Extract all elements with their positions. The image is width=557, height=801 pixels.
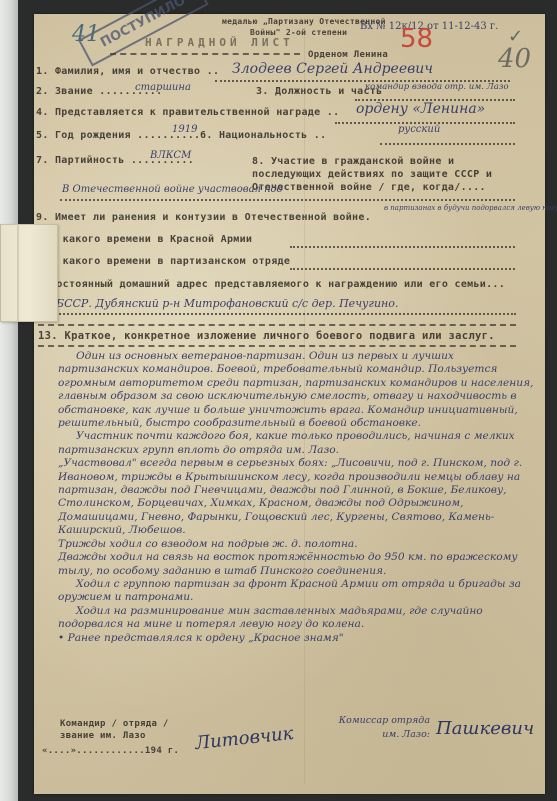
tape-strip	[0, 224, 58, 322]
narrative-paragraph: Трижды ходил со взводом на подрыв ж. д. …	[58, 538, 538, 551]
document-title: НАГРАДНОЙ ЛИСТ	[145, 36, 294, 49]
field-10-label: С какого времени в Красной Армии	[50, 234, 252, 245]
section-13-title: 13. Краткое, конкретное изложение личног…	[38, 330, 495, 342]
dotted-line	[56, 313, 516, 315]
field-5-value: 1919	[172, 124, 197, 135]
field-11-label: С какого времени в партизанском отряде	[50, 256, 290, 267]
narrative: Один из основных ветеранов-партизан. Оди…	[58, 350, 538, 645]
field-8-value: В Отечественной войне участвовал под	[62, 184, 283, 195]
commander-label: Командир / отряда / звание им. Лазо	[60, 718, 195, 742]
field-4-label: 4. Представляется к правительственной на…	[36, 107, 339, 118]
narrative-paragraph: Дважды ходил на связь на восток протяжён…	[58, 551, 538, 578]
field-7-value: ВЛКСМ	[150, 150, 191, 161]
dotted-line	[60, 199, 515, 201]
title-underline	[110, 53, 300, 55]
dotted-line	[290, 268, 515, 270]
field-12-label: Постоянный домашний адрес представляемог…	[50, 279, 505, 290]
field-9-label: 9. Имеет ли ранения и контузии в Отечест…	[36, 212, 371, 223]
field-3-value: командир взвода отр. им. Лазо	[365, 82, 509, 92]
field-12-value: БССР. Дубянский р-н Митрофановский с/с д…	[56, 297, 398, 310]
red-number: 58	[400, 24, 433, 54]
scanner-edge	[0, 0, 18, 801]
field-3-label: 3. Должность и часть	[256, 86, 382, 97]
narrative-paragraph: Один из основных ветеранов-партизан. Оди…	[58, 350, 538, 430]
order-typed: Орденом Ленина	[308, 50, 388, 60]
commissar-signature: Пашкевич	[436, 718, 534, 739]
pencil-number: 40	[498, 44, 531, 74]
dashed-separator	[38, 324, 516, 326]
narrative-paragraph: Ходил с группою партизан за фронт Красно…	[58, 578, 538, 605]
dotted-line	[380, 143, 515, 145]
field-4-value: ордену «Ленина»	[356, 101, 485, 117]
field-1-value: Злодеев Сергей Андреевич	[232, 61, 433, 77]
dashed-separator	[38, 345, 516, 347]
dotted-line	[290, 246, 515, 248]
check-mark-icon: ✓	[508, 26, 523, 47]
narrative-paragraph: Участник почти каждого боя, какие только…	[58, 430, 538, 457]
field-8-label: 8. Участие в гражданской войне и последу…	[252, 155, 517, 194]
narrative-paragraph: Ходил на разминирование мин заставленных…	[58, 605, 538, 632]
field-6-value: русский	[398, 124, 440, 135]
field-6-label: 6. Национальность ..	[200, 130, 326, 141]
narrative-paragraph: • Ранее представлялся к ордену „Красное …	[58, 632, 538, 645]
field-9-value: в партизанах в будучи подорвался левую н…	[384, 204, 557, 212]
date-line: «....»............194 г.	[42, 746, 179, 756]
commissar-label: Комиссар отряда им. Лазо:	[330, 714, 430, 742]
blue-annotation-number: 41	[72, 22, 100, 47]
narrative-paragraph: „Участвовал" всегда первым в серьезных б…	[58, 457, 538, 537]
field-2-value: старшина	[135, 82, 191, 93]
field-1-label: 1. Фамилия, имя и отчество ..	[36, 66, 219, 77]
